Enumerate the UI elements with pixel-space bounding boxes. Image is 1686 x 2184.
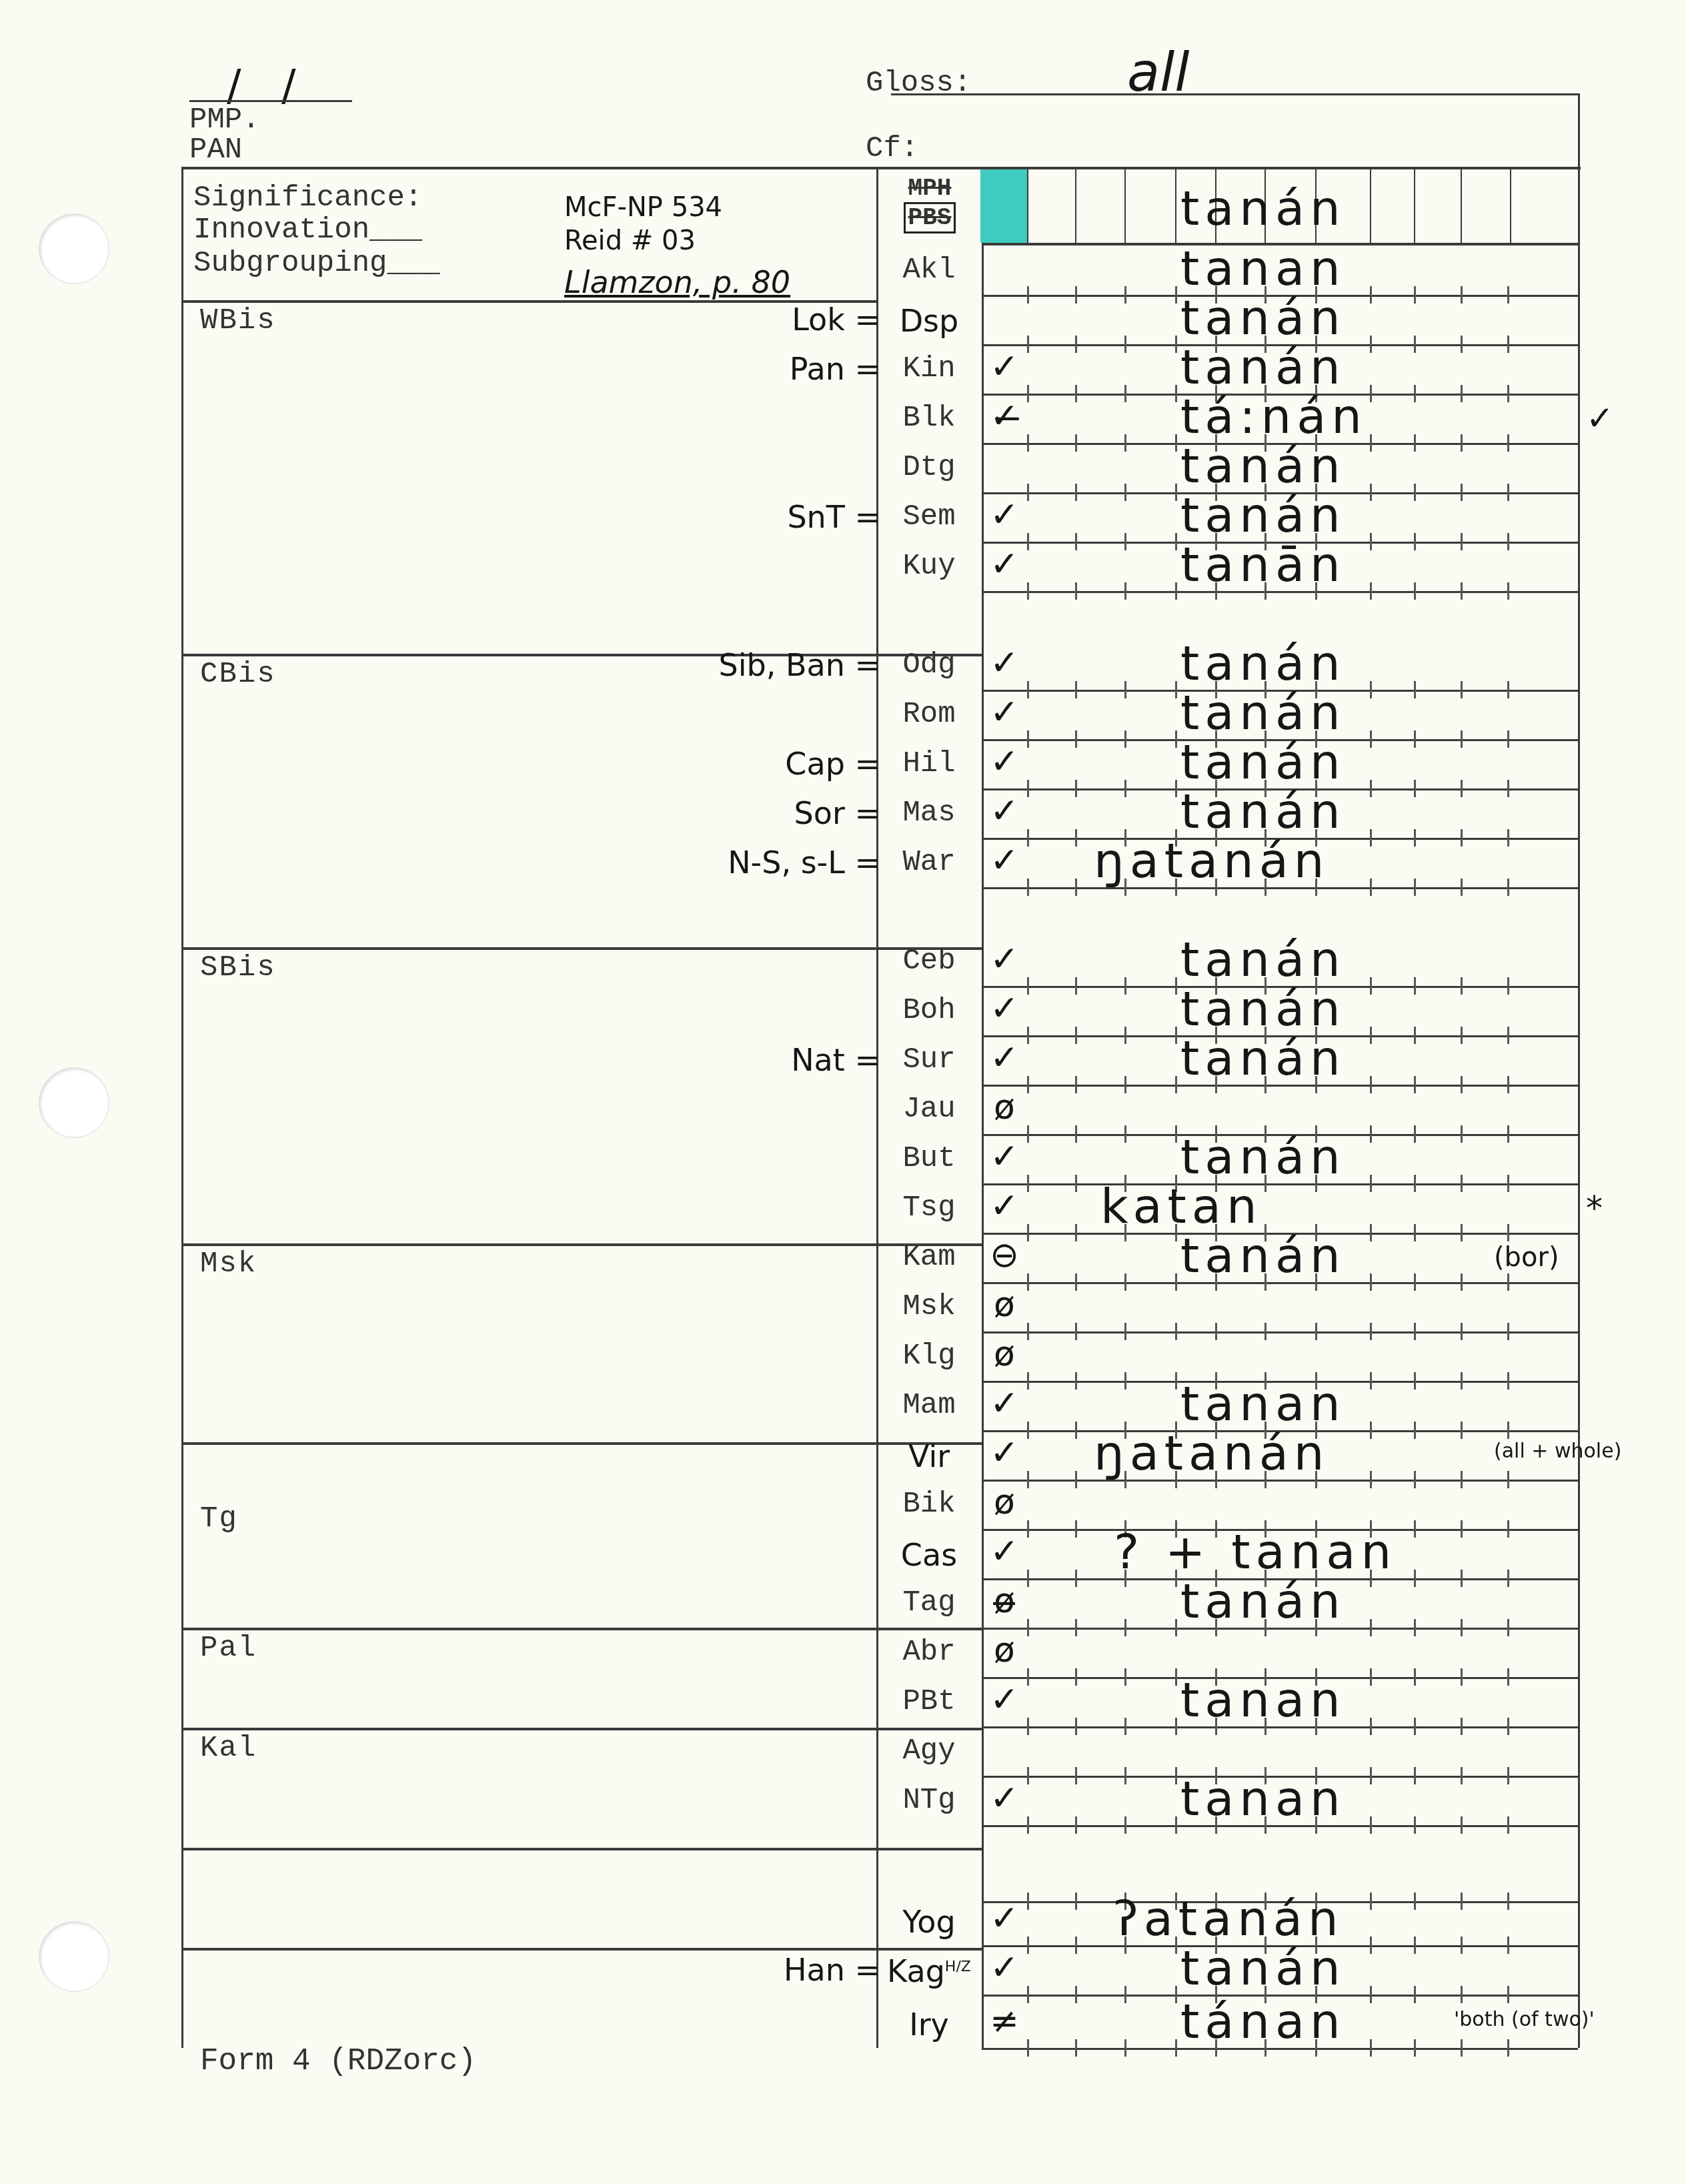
tick-mark	[1175, 1323, 1177, 1340]
tick-mark	[1075, 1570, 1077, 1587]
tick-mark	[1027, 582, 1029, 600]
checkmark-icon[interactable]: ✓	[984, 643, 1024, 683]
tick-mark	[1027, 1718, 1029, 1735]
tick-mark	[1414, 1175, 1416, 1192]
reconstruction-label: MPH PBS	[890, 175, 970, 233]
tick-mark	[1507, 286, 1509, 304]
tick-mark	[1414, 1125, 1416, 1143]
tick-mark	[1175, 2039, 1177, 2057]
cognate-form: katan	[1100, 1178, 1262, 1234]
entry-number-underline	[189, 100, 352, 102]
tick-mark	[1175, 484, 1177, 501]
tick-mark	[1461, 1471, 1463, 1488]
language-code: Kam	[879, 1241, 979, 1274]
checkmark-icon[interactable]: ✓	[984, 742, 1024, 782]
tick-mark	[1027, 484, 1029, 501]
struck-mph: MPH	[890, 175, 970, 202]
tick-mark	[1027, 1520, 1029, 1538]
tick-mark	[1027, 533, 1029, 550]
tick-mark	[1414, 286, 1416, 304]
tick-mark	[1461, 1892, 1463, 1910]
tick-mark	[1461, 1323, 1463, 1340]
tick-mark	[1075, 1224, 1077, 1241]
tick-mark	[1075, 1619, 1077, 1636]
tick-mark	[1461, 484, 1463, 501]
cognate-form: tanán	[1180, 684, 1346, 740]
tick-mark	[1370, 730, 1372, 748]
tick-mark	[1075, 1422, 1077, 1439]
language-code: Yog	[879, 1904, 979, 1940]
tick-mark	[1414, 1718, 1416, 1735]
language-code: Ceb	[879, 945, 979, 978]
lang-col-left-border	[876, 167, 878, 2048]
tick-mark	[1215, 1323, 1217, 1340]
tick-mark	[1370, 879, 1372, 896]
tick-mark	[1175, 1372, 1177, 1390]
checkmark-icon[interactable]: ✓	[984, 1948, 1024, 1988]
checkmark-icon[interactable]: ✓	[984, 1680, 1024, 1720]
tick-mark	[1461, 1986, 1463, 2003]
tick-mark	[1461, 286, 1463, 304]
language-code: Akl	[879, 253, 979, 287]
cognate-form: tanan	[1180, 240, 1346, 296]
checkmark-icon[interactable]: ✓	[984, 989, 1024, 1029]
checkmark-icon[interactable]: ✓	[984, 1186, 1024, 1226]
tick-mark	[1124, 730, 1126, 748]
language-code: Dtg	[879, 451, 979, 484]
subgroup-divider	[181, 1442, 982, 1445]
tick-mark	[1370, 484, 1372, 501]
tick-mark	[1370, 2039, 1372, 2057]
tick-mark	[1414, 1767, 1416, 1784]
language-code: Dsp	[879, 303, 979, 339]
checkmark-icon: ✓	[1586, 399, 1614, 438]
checkmark-icon[interactable]: ✓	[984, 692, 1024, 732]
tick-mark	[1124, 1076, 1126, 1093]
tick-mark	[1027, 286, 1029, 304]
tick-mark	[1370, 1892, 1372, 1910]
checkmark-icon[interactable]: ✓	[984, 1532, 1024, 1572]
tick-mark	[1075, 1273, 1077, 1291]
tick-mark	[1075, 977, 1077, 995]
tick-mark	[1264, 1323, 1267, 1340]
tick-mark	[1461, 2039, 1463, 2057]
tick-mark	[1175, 582, 1177, 600]
grid-cell-divider	[1175, 167, 1176, 243]
tick-mark	[1027, 385, 1029, 402]
language-code: PBt	[879, 1685, 979, 1718]
tick-mark	[1507, 385, 1509, 402]
tick-mark	[1414, 1273, 1416, 1291]
tick-mark	[1461, 336, 1463, 353]
cognate-form: tanán	[1180, 1573, 1346, 1629]
tick-mark	[1507, 829, 1509, 847]
tick-mark	[1175, 1619, 1177, 1636]
tick-mark	[1461, 1076, 1463, 1093]
tick-mark	[1027, 1986, 1029, 2003]
tick-mark	[1370, 1767, 1372, 1784]
tick-mark	[1075, 1125, 1077, 1143]
tick-mark	[1075, 385, 1077, 402]
tick-mark	[1507, 1570, 1509, 1587]
language-code: War	[879, 846, 979, 879]
cognate-form: tanán	[1180, 339, 1346, 395]
tick-mark	[1027, 336, 1029, 353]
grid-cell-divider	[1370, 167, 1371, 243]
tick-mark	[1461, 1718, 1463, 1735]
tick-mark	[1124, 385, 1126, 402]
tick-mark	[1461, 1422, 1463, 1439]
tick-mark	[1175, 1816, 1177, 1834]
tick-mark	[1175, 1027, 1177, 1044]
table-left-border	[181, 167, 183, 2048]
checkmark-icon[interactable]: ✓	[984, 841, 1024, 881]
cognate-form: tánan	[1180, 1993, 1346, 2049]
tick-mark	[1370, 582, 1372, 600]
tick-mark	[1414, 977, 1416, 995]
checkmark-icon[interactable]: ✓	[984, 544, 1024, 584]
tick-mark	[1370, 1986, 1372, 2003]
checkmark-icon[interactable]: ✓	[984, 347, 1024, 387]
tick-mark	[1461, 977, 1463, 995]
tick-mark	[1414, 1323, 1416, 1340]
tick-mark	[1414, 2039, 1416, 2057]
language-code: Tsg	[879, 1191, 979, 1225]
tick-mark	[1315, 1323, 1317, 1340]
tick-mark	[1507, 1027, 1509, 1044]
pan-label: PAN	[189, 133, 242, 167]
tick-mark	[1461, 879, 1463, 896]
tick-mark	[1027, 2039, 1029, 2057]
language-code: But	[879, 1142, 979, 1175]
checkmark-icon[interactable]: ✓	[984, 495, 1024, 535]
cognate-form: ? + tanan	[1114, 1524, 1397, 1580]
null-icon[interactable]: ø	[984, 1334, 1024, 1374]
tick-mark	[1027, 1273, 1029, 1291]
language-code: Hil	[879, 747, 979, 780]
tick-mark	[1175, 434, 1177, 452]
tick-mark	[1370, 1323, 1372, 1340]
tick-mark	[1461, 1619, 1463, 1636]
checkmark-icon[interactable]: ✓	[984, 1038, 1024, 1078]
tick-mark	[1507, 2039, 1509, 2057]
tick-mark	[1414, 484, 1416, 501]
checkmark-icon[interactable]: ✓	[984, 791, 1024, 831]
subgroup-label: SBis	[200, 951, 276, 985]
tick-mark	[1414, 730, 1416, 748]
language-code: Odg	[879, 648, 979, 682]
tick-mark	[1461, 385, 1463, 402]
tick-mark	[1414, 1076, 1416, 1093]
marker-icon[interactable]: ≠	[984, 2001, 1024, 2041]
tick-mark	[1027, 1125, 1029, 1143]
tick-mark	[1027, 1422, 1029, 1439]
tick-mark	[1507, 1076, 1509, 1093]
tick-mark	[1507, 730, 1509, 748]
tick-mark	[1027, 730, 1029, 748]
tick-mark	[1175, 730, 1177, 748]
tick-mark	[1370, 681, 1372, 698]
punch-hole-top	[39, 213, 109, 284]
tick-mark	[1461, 1937, 1463, 1954]
language-code: Msk	[879, 1290, 979, 1323]
tick-mark	[1175, 1767, 1177, 1784]
language-code: Sur	[879, 1043, 979, 1077]
tick-mark	[1414, 1986, 1416, 2003]
gloss-value[interactable]: all	[1127, 41, 1189, 103]
tick-mark	[1027, 434, 1029, 452]
null-icon[interactable]: ø̶	[984, 1581, 1024, 1621]
tick-mark	[1027, 1570, 1029, 1587]
tick-mark	[1507, 1520, 1509, 1538]
tick-mark	[1027, 1767, 1029, 1784]
null-icon[interactable]: ø	[984, 1482, 1024, 1522]
pmp-label: PMP.	[189, 103, 260, 137]
tick-mark	[1370, 1372, 1372, 1390]
language-code: Tag	[879, 1586, 979, 1620]
tick-mark	[1370, 1027, 1372, 1044]
language-code: Boh	[879, 994, 979, 1027]
tick-mark	[1507, 1937, 1509, 1954]
tick-mark	[1175, 385, 1177, 402]
tick-mark	[1414, 385, 1416, 402]
tick-mark	[1124, 286, 1126, 304]
tick-mark	[1461, 730, 1463, 748]
tick-mark	[1370, 1224, 1372, 1241]
tick-mark	[1370, 977, 1372, 995]
cf-label: Cf:	[866, 132, 918, 165]
tick-mark	[1027, 1323, 1029, 1340]
tick-mark	[1461, 829, 1463, 847]
tick-mark	[1075, 1323, 1077, 1340]
tick-mark	[1075, 879, 1077, 896]
language-code: Sem	[879, 500, 979, 534]
tick-mark	[1175, 1125, 1177, 1143]
tick-mark	[1414, 533, 1416, 550]
tick-mark	[1370, 1471, 1372, 1488]
tick-mark	[1027, 780, 1029, 797]
subgroup-label: Tg	[200, 1502, 238, 1536]
tick-mark	[1461, 434, 1463, 452]
tick-mark	[1175, 286, 1177, 304]
tick-mark	[1175, 977, 1177, 995]
tick-mark	[1507, 1816, 1509, 1834]
tick-mark	[1075, 1471, 1077, 1488]
language-alias: Lok =	[600, 302, 880, 338]
tick-mark	[1075, 1668, 1077, 1686]
tick-mark	[1507, 484, 1509, 501]
tick-mark	[1507, 1892, 1509, 1910]
tick-mark	[1507, 1372, 1509, 1390]
cognate-form: tanán	[1180, 783, 1346, 839]
tick-mark	[1175, 1718, 1177, 1735]
tick-mark	[1075, 1937, 1077, 1954]
lang-sup: H/Z	[945, 1959, 971, 1975]
subgroup-label: Msk	[200, 1247, 257, 1281]
marker-icon[interactable]: ✓̶	[984, 396, 1024, 436]
subgroup-label: CBis	[200, 658, 276, 691]
form-note: 'both (of two)'	[1454, 2008, 1595, 2031]
tick-mark	[1124, 780, 1126, 797]
subgroup-label: WBis	[200, 304, 276, 338]
tick-mark	[1124, 1816, 1126, 1834]
star-icon: *	[1586, 1189, 1603, 1227]
tick-mark	[1507, 336, 1509, 353]
struck-pbs: PBS	[904, 202, 956, 233]
cognate-form: tá:nán	[1180, 388, 1367, 444]
checkmark-icon[interactable]: ✓	[984, 939, 1024, 979]
tick-mark	[1414, 1892, 1416, 1910]
tick-mark	[1075, 1027, 1077, 1044]
tick-mark	[1075, 1076, 1077, 1093]
reference-llamzon: Llamzon, p. 80	[564, 264, 790, 300]
tick-mark	[1461, 1570, 1463, 1587]
tick-mark	[1075, 434, 1077, 452]
tick-mark	[1027, 1027, 1029, 1044]
tick-mark	[1461, 1027, 1463, 1044]
tick-mark	[1124, 977, 1126, 995]
tick-mark	[1124, 336, 1126, 353]
tick-mark	[1370, 1076, 1372, 1093]
tick-mark	[1461, 1224, 1463, 1241]
tick-mark	[1124, 533, 1126, 550]
tick-mark	[1414, 336, 1416, 353]
tick-mark	[1461, 1372, 1463, 1390]
tick-mark	[1027, 1892, 1029, 1910]
tick-mark	[1175, 336, 1177, 353]
language-code: NTg	[879, 1784, 979, 1817]
tick-mark	[1027, 1224, 1029, 1241]
language-code: Abr	[879, 1636, 979, 1669]
tick-mark	[1370, 434, 1372, 452]
language-code: Mas	[879, 796, 979, 830]
tick-mark	[1370, 533, 1372, 550]
marker-icon[interactable]: ⊖	[984, 1235, 1024, 1275]
language-code: Kin	[879, 352, 979, 386]
tick-mark	[1175, 1986, 1177, 2003]
language-alias: Han =	[600, 1952, 880, 1988]
null-icon[interactable]: ø	[984, 1087, 1024, 1127]
language-code: Mam	[879, 1389, 979, 1422]
tick-mark	[1075, 2039, 1077, 2057]
punch-hole-middle	[39, 1067, 109, 1138]
subgroup-divider	[181, 1628, 982, 1630]
tick-mark	[1507, 1718, 1509, 1735]
form-footer: Form 4 (RDZorc)	[200, 2044, 476, 2079]
checkmark-icon[interactable]: ✓	[984, 1898, 1024, 1939]
highlight-marker	[980, 169, 1027, 243]
language-alias: Nat =	[600, 1042, 880, 1078]
tick-mark	[1507, 1125, 1509, 1143]
tick-mark	[1027, 1937, 1029, 1954]
grid-cell-divider	[1027, 167, 1028, 243]
checkmark-icon[interactable]: ✓	[984, 1384, 1024, 1424]
cognate-form: tanán	[1180, 981, 1346, 1037]
tick-mark	[1370, 1125, 1372, 1143]
cognate-form: ŋatanán	[1094, 1425, 1330, 1481]
tick-mark	[1124, 1273, 1126, 1291]
language-alias: N-S, s-L =	[600, 845, 880, 881]
tick-mark	[1124, 2039, 1126, 2057]
cognate-form: ŋatanán	[1094, 833, 1330, 889]
tick-mark	[1414, 1027, 1416, 1044]
language-code: Jau	[879, 1093, 979, 1126]
tick-mark	[1461, 533, 1463, 550]
cognate-form: tanan	[1180, 1376, 1346, 1432]
tick-mark	[1124, 1767, 1126, 1784]
tick-mark	[1075, 681, 1077, 698]
tick-mark	[1507, 1986, 1509, 2003]
tick-mark	[1175, 1273, 1177, 1291]
tick-mark	[1370, 1718, 1372, 1735]
tick-mark	[1370, 336, 1372, 353]
tick-mark	[1414, 1570, 1416, 1587]
tick-mark	[1124, 681, 1126, 698]
language-code: Kuy	[879, 550, 979, 583]
cognate-form: tanán	[1180, 734, 1346, 790]
tick-mark	[1414, 1471, 1416, 1488]
tick-mark	[1414, 1422, 1416, 1439]
tick-mark	[1075, 336, 1077, 353]
tick-mark	[1370, 1816, 1372, 1834]
tick-mark	[1507, 1471, 1509, 1488]
subgroup-label: Kal	[200, 1732, 257, 1765]
tick-mark	[1507, 1619, 1509, 1636]
null-icon[interactable]: ø	[984, 1630, 1024, 1670]
cognate-form: tanān	[1180, 536, 1346, 592]
subgroup-divider	[181, 1948, 982, 1951]
language-alias: Pan =	[600, 351, 880, 387]
tick-mark	[1370, 1619, 1372, 1636]
tick-mark	[1461, 1668, 1463, 1686]
tick-mark	[1027, 1076, 1029, 1093]
tick-mark	[1027, 977, 1029, 995]
null-icon[interactable]: ø	[984, 1285, 1024, 1325]
tick-mark	[1027, 1175, 1029, 1192]
tick-mark	[1027, 829, 1029, 847]
tick-mark	[1414, 434, 1416, 452]
tick-mark	[1124, 1125, 1126, 1143]
innovation-field[interactable]: Innovation___	[193, 213, 422, 247]
tick-mark	[1027, 681, 1029, 698]
language-alias: SnT =	[600, 499, 880, 535]
tick-mark	[1124, 1372, 1126, 1390]
grid-cell-divider	[1124, 167, 1126, 243]
cognate-form: tanán	[1180, 487, 1346, 543]
tick-mark	[1175, 681, 1177, 698]
cognate-form: tanán	[1180, 1227, 1346, 1283]
tick-mark	[1027, 1372, 1029, 1390]
punch-hole-bottom	[39, 1921, 109, 1992]
reference-mcfarland: McF-NP 534	[564, 192, 722, 223]
subgrouping-field[interactable]: Subgrouping___	[193, 247, 440, 280]
checkmark-icon[interactable]: ✓	[984, 1778, 1024, 1818]
tick-mark	[1414, 1937, 1416, 1954]
form-note: (all + whole)	[1494, 1440, 1621, 1463]
tick-mark	[1175, 1076, 1177, 1093]
tick-mark	[1124, 1718, 1126, 1735]
tick-mark	[1461, 1816, 1463, 1834]
tick-mark	[1461, 1175, 1463, 1192]
tick-mark	[1507, 1323, 1509, 1340]
tick-mark	[1414, 681, 1416, 698]
checkmark-icon[interactable]: ✓	[984, 1137, 1024, 1177]
tick-mark	[1461, 582, 1463, 600]
gloss-underline	[891, 93, 1578, 95]
tick-mark	[1075, 1372, 1077, 1390]
tick-mark	[1414, 780, 1416, 797]
checkmark-icon[interactable]: ✓	[984, 1433, 1024, 1473]
